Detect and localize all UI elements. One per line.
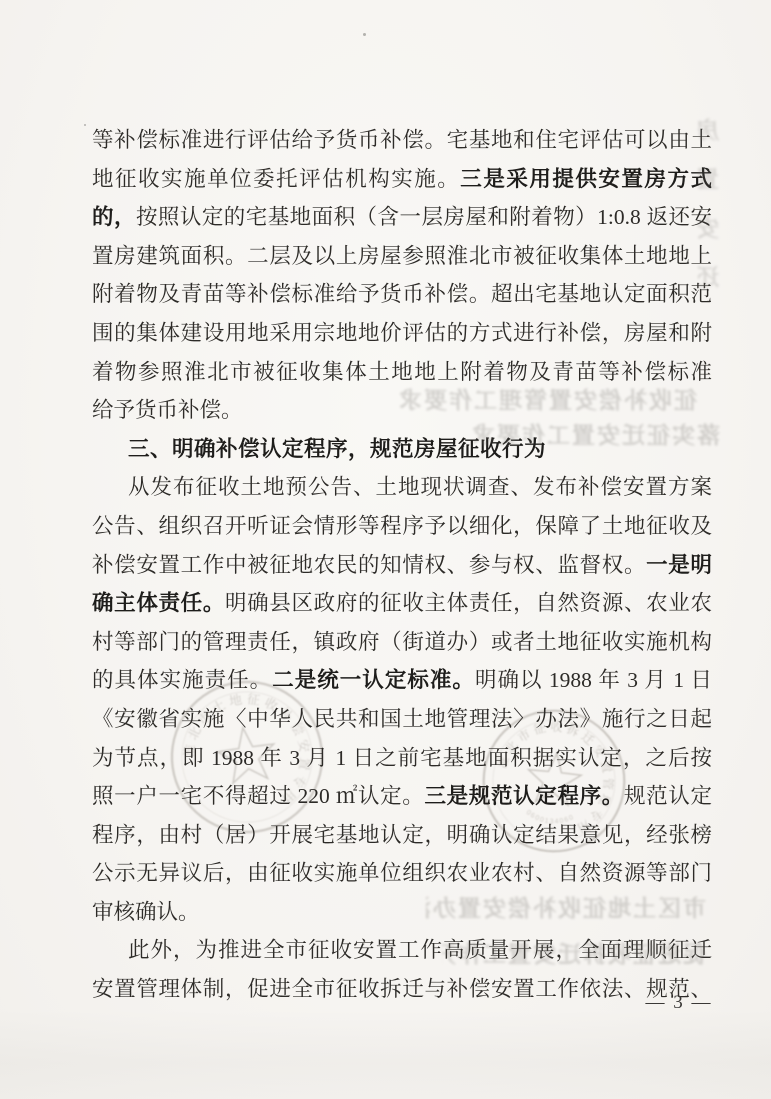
text-line: 程序，由村（居）开展宅基地认定，明确认定结果意见，经张榜 <box>92 816 712 855</box>
body-text: 置房建筑面积。二层及以上房屋参照淮北市被征收集体土地地上 <box>92 244 712 268</box>
text-line: 从发布征收土地预公告、土地现状调查、发布补偿安置方案 <box>92 468 712 507</box>
document-body: 等补偿标准进行评估给予货币补偿。宅基地和住宅评估可以由土地征收实施单位委托评估机… <box>92 121 712 1009</box>
paper-shading <box>0 1009 771 1099</box>
body-text: 围的集体建设用地采用宗地地价评估的方式进行补偿，房屋和附 <box>92 321 712 345</box>
ink-bleed-ghost-text: 落实征迁安置工作要求 <box>458 421 720 449</box>
emphasis-text: 确主体责任。 <box>92 591 225 615</box>
body-text: 公示无异议后，由征收实施单位组织农业农村、自然资源等部门 <box>92 861 712 885</box>
text-line: 的具体实施责任。二是统一认定标准。明确以 1988 年 3 月 1 日 <box>92 661 712 700</box>
text-line: 置房建筑面积。二层及以上房屋参照淮北市被征收集体土地地上 <box>92 237 712 276</box>
text-line: 安置管理体制，促进全市征收拆迁与补偿安置工作依法、规范、 <box>92 970 712 1009</box>
ink-bleed-ghost-text: 房置安还 <box>698 118 720 314</box>
body-text: 按照认定的宅基地面积（含一层房屋和附着物）1:0.8 返还安 <box>136 205 712 229</box>
text-line: 为节点，即 1988 年 3 月 1 日之前宅基地面积据实认定，之后按 <box>92 739 712 778</box>
body-text: 村等部门的管理责任，镇政府（街道办）或者土地征收实施机构 <box>92 630 712 654</box>
text-line: 等补偿标准进行评估给予货币补偿。宅基地和住宅评估可以由土 <box>92 121 712 160</box>
body-text: 规范认定 <box>624 784 712 808</box>
text-line: 围的集体建设用地采用宗地地价评估的方式进行补偿，房屋和附 <box>92 314 712 353</box>
body-text: 《安徽省实施〈中华人民共和国土地管理法〉办法》施行之日起 <box>92 707 712 731</box>
text-line: 附着物及青苗等补偿标准给予货币补偿。超出宅基地认定面积范 <box>92 275 712 314</box>
emphasis-text: 三是采用提供安置房方式 <box>460 167 712 191</box>
text-line: 公示无异议后，由征收实施单位组织农业农村、自然资源等部门 <box>92 854 712 893</box>
emphasis-text: 的， <box>92 205 136 229</box>
body-text: 从发布征收土地预公告、土地现状调查、发布补偿安置方案 <box>128 475 712 499</box>
text-line: 确主体责任。明确县区政府的征收主体责任，自然资源、农业农 <box>92 584 712 623</box>
text-line: 照一户一宅不得超过 220 ㎡认定。三是规范认定程序。规范认定 <box>92 777 712 816</box>
body-text: 着物参照淮北市被征收集体土地地上附着物及青苗等补偿标准 <box>92 360 712 384</box>
body-text: 审核确认。 <box>92 900 200 924</box>
scan-speck <box>363 33 366 36</box>
body-text: 的具体实施责任。 <box>92 668 272 692</box>
body-text: 安置管理体制，促进全市征收拆迁与补偿安置工作依法、规范、 <box>92 977 712 1001</box>
body-text: 公告、组织召开听证会情形等程序予以细化，保障了土地征收及 <box>92 514 712 538</box>
body-text: 明确以 1988 年 3 月 1 日 <box>475 668 712 692</box>
text-line: 《安徽省实施〈中华人民共和国土地管理法〉办法》施行之日起 <box>92 700 712 739</box>
text-line: 村等部门的管理责任，镇政府（街道办）或者土地征收实施机构 <box>92 623 712 662</box>
text-line: 补偿安置工作中被征地农民的知情权、参与权、监督权。一是明 <box>92 546 712 585</box>
body-text: 明确县区政府的征收主体责任，自然资源、农业农 <box>225 591 712 615</box>
body-text: 照一户一宅不得超过 220 ㎡认定。 <box>92 784 424 808</box>
body-text: 等补偿标准进行评估给予货币补偿。宅基地和住宅评估可以由土 <box>92 128 712 152</box>
text-line: 公告、组织召开听证会情形等程序予以细化，保障了土地征收及 <box>92 507 712 546</box>
emphasis-text: 二是统一认定标准。 <box>272 668 475 692</box>
ink-bleed-ghost-text: 市区土地征收补偿安置办法 <box>426 894 706 922</box>
body-text: 地征收实施单位委托评估机构实施。 <box>92 167 460 191</box>
emphasis-text: 三是规范认定程序。 <box>424 784 624 808</box>
body-text: 程序，由村（居）开展宅基地认定，明确认定结果意见，经张榜 <box>92 823 712 847</box>
body-text: 补偿安置工作中被征地农民的知情权、参与权、监督权。 <box>92 553 646 577</box>
ink-bleed-ghost-text: 征收补偿安置管理工作要求 <box>375 386 697 414</box>
document-page: 淮北市土地征收补偿安置专用 淮北市征收拆迁安置管理专用 0600134060 等… <box>0 0 771 1099</box>
scan-speck <box>84 124 86 126</box>
emphasis-text: 一是明 <box>646 553 712 577</box>
text-line: 的，按照认定的宅基地面积（含一层房屋和附着物）1:0.8 返还安 <box>92 198 712 237</box>
body-text: 为节点，即 1988 年 3 月 1 日之前宅基地面积据实认定，之后按 <box>92 746 712 770</box>
text-line: 地征收实施单位委托评估机构实施。三是采用提供安置房方式 <box>92 160 712 199</box>
ink-bleed-ghost-text: 促进征收拆迁安置工作开展 <box>442 940 706 968</box>
body-text: 附着物及青苗等补偿标准给予货币补偿。超出宅基地认定面积范 <box>92 282 712 306</box>
body-text: 给予货币补偿。 <box>92 398 243 422</box>
